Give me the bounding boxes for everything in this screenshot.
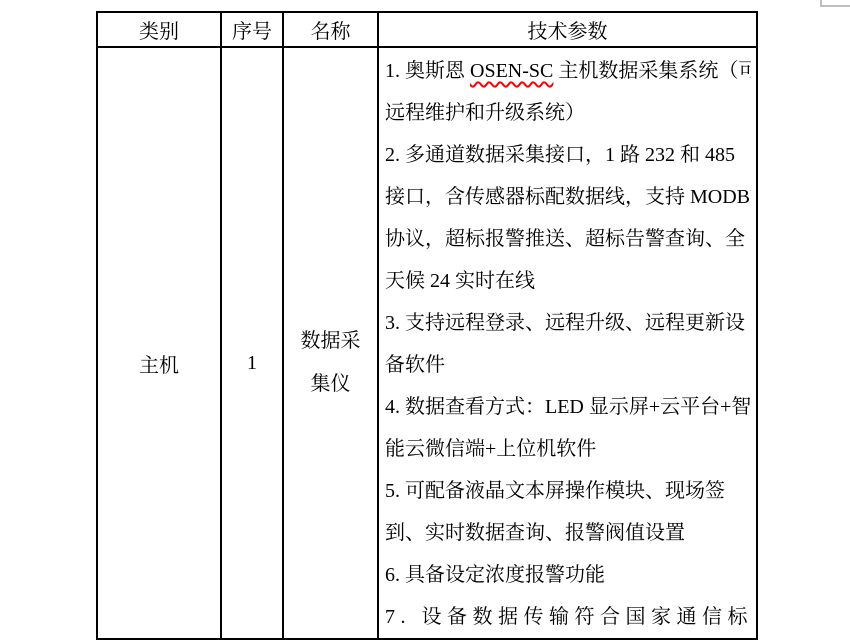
header-tech-params: 技术参数 <box>378 12 757 47</box>
tech-params-lines: 1. 奥斯恩 OSEN-SC 主机数据采集系统（可远程维护和升级系统）2. 多通… <box>384 48 751 638</box>
tech-param-text: 4. 数据查看方式：LED 显示屏+云平台+智 <box>385 396 751 418</box>
header-index: 序号 <box>221 12 283 47</box>
document-page: 类别 序号 名称 技术参数 主机 1 数据采 集仪 1. 奥斯恩 OSEN-SC… <box>0 0 850 643</box>
tech-param-line: 天候 24 实时在线 <box>385 260 751 302</box>
tech-param-line: 1. 奥斯恩 OSEN-SC 主机数据采集系统（可 <box>385 50 751 92</box>
tech-param-line: 3. 支持远程登录、远程升级、远程更新设 <box>385 302 751 344</box>
misspelled-word: OSEN-SC <box>470 60 553 82</box>
tech-param-line: 远程维护和升级系统） <box>385 92 751 134</box>
tech-param-text: 到、实时数据查询、报警阀值设置 <box>385 522 685 544</box>
tech-param-text: 接口，含传感器标配数据线，支持 MODBUS <box>385 186 751 208</box>
tech-param-text: 7. 设备数据传输符合国家通信标准 <box>385 606 751 628</box>
cell-index: 1 <box>221 47 283 639</box>
cell-name: 数据采 集仪 <box>283 47 378 639</box>
tech-param-text: 1. 奥斯恩 <box>385 60 470 82</box>
tech-param-text: 天候 24 实时在线 <box>385 270 535 292</box>
tech-param-text: 6. 具备设定浓度报警功能 <box>385 564 605 586</box>
tech-param-line: 6. 具备设定浓度报警功能 <box>385 554 751 596</box>
header-row: 类别 序号 名称 技术参数 <box>97 12 757 47</box>
tech-param-line: 到、实时数据查询、报警阀值设置 <box>385 512 751 554</box>
tech-param-text: 备软件 <box>385 354 445 376</box>
tech-param-line: 5. 可配备液晶文本屏操作模块、现场签 <box>385 470 751 512</box>
header-category: 类别 <box>97 12 221 47</box>
name-line: 数据采 <box>284 320 377 363</box>
tech-param-line: 4. 数据查看方式：LED 显示屏+云平台+智 <box>385 386 751 428</box>
tech-param-line: 能云微信端+上位机软件 <box>385 428 751 470</box>
tech-param-text: 协议，超标报警推送、超标告警查询、全 <box>385 228 745 250</box>
tech-param-line: 备软件 <box>385 344 751 386</box>
tech-param-text: 3. 支持远程登录、远程升级、远程更新设 <box>385 312 745 334</box>
table-row: 主机 1 数据采 集仪 1. 奥斯恩 OSEN-SC 主机数据采集系统（可远程维… <box>97 47 757 639</box>
tech-param-line: 2. 多通道数据采集接口，1 路 232 和 485 <box>385 134 751 176</box>
tech-param-text: 5. 可配备液晶文本屏操作模块、现场签 <box>385 480 725 502</box>
header-name: 名称 <box>283 12 378 47</box>
page-margin-corner-mark-horizontal <box>820 5 850 7</box>
tech-param-line: 接口，含传感器标配数据线，支持 MODBUS <box>385 176 751 218</box>
tech-param-line: 7. 设备数据传输符合国家通信标准 <box>385 596 751 638</box>
tech-param-text: 远程维护和升级系统） <box>385 102 585 124</box>
tech-param-text: 主机数据采集系统（可 <box>553 60 751 82</box>
tech-param-text: 能云微信端+上位机软件 <box>385 438 596 460</box>
cell-tech-params: 1. 奥斯恩 OSEN-SC 主机数据采集系统（可远程维护和升级系统）2. 多通… <box>378 47 757 639</box>
cell-category: 主机 <box>97 47 221 639</box>
tech-param-line: 协议，超标报警推送、超标告警查询、全 <box>385 218 751 260</box>
spec-table: 类别 序号 名称 技术参数 主机 1 数据采 集仪 1. 奥斯恩 OSEN-SC… <box>96 11 758 640</box>
tech-param-text: 2. 多通道数据采集接口，1 路 232 和 485 <box>385 144 735 166</box>
name-line: 集仪 <box>284 363 377 406</box>
